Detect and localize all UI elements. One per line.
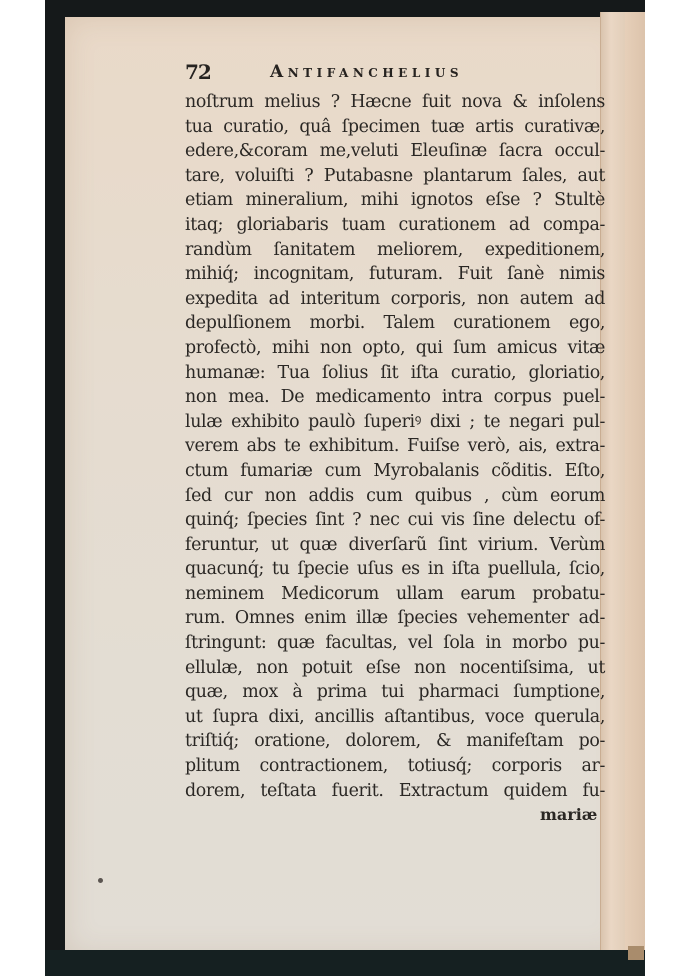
text-line: tua curatio, quâ ſpecimen tuæ artis cura…	[185, 115, 605, 140]
text-line: plitum contractionem, totiusq́; corporis…	[185, 754, 605, 779]
running-title: Antifanchelius	[270, 62, 463, 82]
text-line: quinq́; ſpecies ſint ? nec cui vis ſine …	[185, 508, 605, 533]
text-line: non mea. De medicamento intra corpus pue…	[185, 385, 605, 410]
text-line: triſtiq́; oratione, dolorem, & manifeſta…	[185, 729, 605, 754]
text-line: verem abs te exhibitum. Fuiſse verò, ais…	[185, 434, 605, 459]
text-line: ſtringunt: quæ facultas, vel ſola in mor…	[185, 631, 605, 656]
text-line: rum. Omnes enim illæ ſpecies vehementer …	[185, 606, 605, 631]
text-line: feruntur, ut quæ diverſarũ ſint virium. …	[185, 533, 605, 558]
text-line: mihiq́; incognitam, futuram. Fuit ſanè n…	[185, 262, 605, 287]
text-line: ut ſupra dixi, ancillis aſtantibus, voce…	[185, 705, 605, 730]
catchword: mariæ	[540, 805, 597, 824]
page-number: 72	[185, 60, 211, 84]
text-line: expedita ad interitum corporis, non aute…	[185, 287, 605, 312]
page-corner	[628, 946, 644, 960]
text-line: profectò, mihi non opto, qui ſum amicus …	[185, 336, 605, 361]
text-line: ellulæ, non potuit eſse non nocentiſsima…	[185, 656, 605, 681]
paper-speck	[98, 878, 103, 883]
text-line: noſtrum melius ? Hæcne fuit nova & inſol…	[185, 90, 605, 115]
scan-bottom-border	[45, 950, 645, 976]
text-line: quæ, mox à prima tui pharmaci ſumptione,	[185, 680, 605, 705]
text-line: quacunq́; tu ſpecie uſus es in iſta puel…	[185, 557, 605, 582]
text-line: itaq; gloriabaris tuam curationem ad com…	[185, 213, 605, 238]
body-text: noſtrum melius ? Hæcne fuit nova & inſol…	[185, 90, 605, 803]
page-header: 72 Antifanchelius	[185, 60, 605, 86]
text-line: depulſionem morbi. Talem curationem ego,	[185, 311, 605, 336]
text-line: humanæ: Tua ſolius ſit iſta curatio, glo…	[185, 361, 605, 386]
text-line: edere,&coram me,veluti Eleuſinæ ſacra oc…	[185, 139, 605, 164]
text-line: etiam mineralium, mihi ignotos eſse ? St…	[185, 188, 605, 213]
text-line: dorem, teſtata fuerit. Extractum quidem …	[185, 779, 605, 804]
text-line: lulæ exhibito paulò ſuperiꝰ dixi ; te ne…	[185, 410, 605, 435]
text-line: randùm ſanitatem meliorem, expeditionem,	[185, 238, 605, 263]
text-line: ſed cur non addis cum quibus , cùm eorum	[185, 484, 605, 509]
next-page-edge	[625, 12, 645, 962]
text-line: neminem Medicorum ullam earum probatu-	[185, 582, 605, 607]
text-line: tare, voluiſti ? Putabasne plantarum ſal…	[185, 164, 605, 189]
text-line: ctum fumariæ cum Myrobalanis cõditis. Eſ…	[185, 459, 605, 484]
